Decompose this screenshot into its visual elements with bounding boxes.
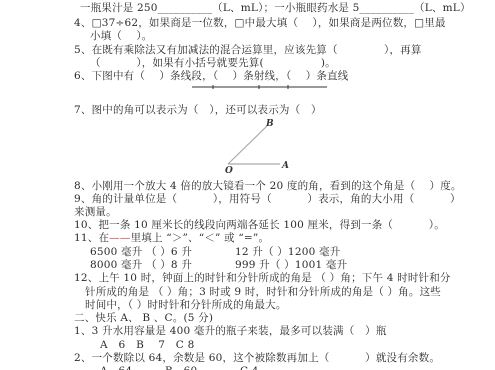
s2-q2-option-c: C 4 [240,365,259,370]
question-11: 11、在——里填上 “＞”、“＜” 或 “=”。 [74,232,269,245]
question-5: 5、在既有乘除法又有加减法的混合运算里，应该先算（ ），再算 [74,44,422,57]
q11-item-2: 12 升（ ）1200 毫升 [235,246,340,259]
question-8: 8、小刚用一个放大 4 倍的放大镜看一个 20 度的角，看到的这个角是（ ）度。 [74,180,462,193]
q11-item-4: 999 升（ ）1001 毫升 [235,259,347,272]
question-5-cont: （ ），如果有小括号就要先算( )。 [90,57,336,70]
line-segment-figure [190,82,330,92]
s2-q2-option-b: B 60 [165,365,197,370]
s2-question-2: 2、一个数除以 64，余数是 60，这个被除数再加上（ ）就没有余数。 [74,352,440,365]
question-9-cont: 来测量。 [74,206,117,219]
section-2-title: 二、快乐 A、 B 、C。(5 分) [74,312,213,325]
q11-prefix: 11、在 [74,232,109,244]
question-4-cont: 小填（ ）。 [90,30,153,43]
question-10: 10、把一条 10 厘米长的线段向两端各延长 100 厘米，得到一条（ ）。 [74,219,445,232]
s2-q2-option-a: A 64 [100,365,132,370]
point-b-label: B [265,119,274,129]
question-12-cont: 针所成的角是 （ ）角；3 时或 9 时，时针和分针所成的角是（ ）角。这些 [85,286,441,299]
question-12-cont2: 时间中，（ ）时时针和分针所成的角最大。 [85,299,287,312]
angle-figure: B A O [220,118,295,173]
point-o-label: O [225,166,233,173]
point-a-label: A [281,161,289,171]
q11-suffix: 里填上 “＞”、“＜” 或 “=”。 [131,232,270,244]
s2-q1-options: A 6 B 7 C 8 [100,339,194,352]
question-9: 9、角的计量单位是（ ），用符号（ ）表示，角的大小用（ ） [74,193,461,206]
s2-question-1: 1、3 升水用容量是 400 毫升的瓶子来装，最多可以装满（ ）瓶 [74,325,387,338]
question-4: 4、□37÷62，如果商是一位数，□中最大填（ ），如果商是两位数，□里最 [74,17,446,30]
q11-item-1: 6500 毫升 （ ）6 升 [90,246,192,259]
question-7: 7、图中的角可以表示为（ ），还可以表示为（ ） [74,104,322,117]
q11-item-3: 8000 毫升 （ ）8 升 [90,259,192,272]
question-3-continuation: 一瓶果汁是 250__________（L、mL）；一小瓶眼药水是 5_____… [80,2,471,15]
q11-red-mark: —— [109,232,130,244]
question-12: 12、上午 10 时，钟面上的时针和分针所成的角是 （ ）角；下午 4 时时针和… [74,272,451,285]
